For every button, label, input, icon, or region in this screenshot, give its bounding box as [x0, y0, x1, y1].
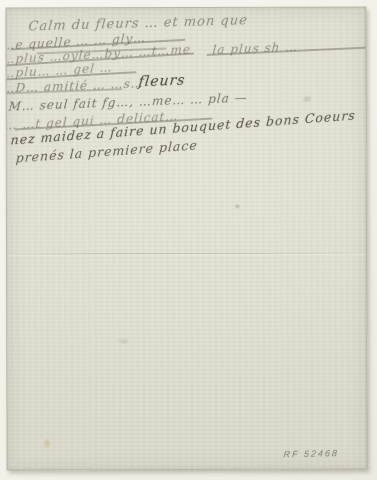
paper-stain [303, 96, 312, 103]
paper-stain [235, 204, 240, 209]
inventory-number-inscription: RF 52468 [283, 448, 339, 459]
fold-crease [7, 253, 366, 255]
manuscript-paper: Calm du fleurs … et mon que …e quelle … … [5, 7, 367, 471]
paper-stain [44, 438, 51, 448]
handwritten-word-fleurs: fleurs [138, 72, 186, 90]
paper-stain [117, 338, 129, 344]
